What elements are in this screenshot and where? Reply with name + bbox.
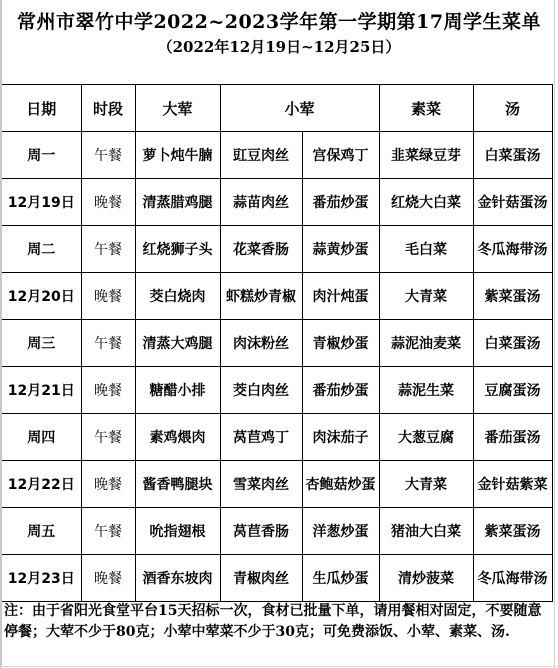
cell-date: 12月20日 [2,273,81,320]
cell-small-dish-2: 肉汁炖蛋 [302,273,379,320]
table-row: 12月22日晚餐酱香鸭腿块雪菜肉丝杏鲍菇炒蛋大青菜金针菇紫菜 [2,461,552,508]
cell-date: 12月19日 [2,179,81,226]
sheet-gridline-bottom [0,666,558,667]
cell-meal-slot: 午餐 [81,414,135,461]
header-date: 日期 [2,85,81,132]
cell-date: 周三 [2,320,81,367]
cell-soup: 冬瓜海带汤 [473,226,552,273]
cell-vegetable: 大青菜 [379,273,473,320]
cell-vegetable: 大青菜 [379,461,473,508]
cell-main-dish: 萝卜炖牛腩 [135,132,220,179]
cell-date: 周一 [2,132,81,179]
cell-main-dish: 素鸡煨肉 [135,414,220,461]
cell-small-dish-1: 豇豆肉丝 [220,132,302,179]
cell-date: 12月22日 [2,461,81,508]
cell-small-dish-1: 青椒肉丝 [220,555,302,602]
cell-small-dish-2: 番茄炒蛋 [302,179,379,226]
cell-main-dish: 吮指翅根 [135,508,220,555]
cell-meal-slot: 晚餐 [81,367,135,414]
cell-main-dish: 茭白烧肉 [135,273,220,320]
menu-table: 日期 时段 大荤 小荤 素菜 汤 周一午餐萝卜炖牛腩豇豆肉丝宫保鸡丁韭菜绿豆芽白… [2,84,553,602]
sheet-gridline-right [554,0,555,668]
table-row: 周二午餐红烧狮子头花菜香肠蒜黄炒蛋毛白菜冬瓜海带汤 [2,226,552,273]
cell-small-dish-2: 生瓜炒蛋 [302,555,379,602]
cell-small-dish-1: 莴苣鸡丁 [220,414,302,461]
cell-date: 周五 [2,508,81,555]
header-slot: 时段 [81,85,135,132]
cell-small-dish-1: 茭白肉丝 [220,367,302,414]
cell-small-dish-1: 蒜苗肉丝 [220,179,302,226]
cell-date: 12月21日 [2,367,81,414]
table-row: 周三午餐清蒸大鸡腿肉沫粉丝青椒炒蛋蒜泥油麦菜白菜蛋汤 [2,320,552,367]
table-row: 12月20日晚餐茭白烧肉虾糕炒青椒肉汁炖蛋大青菜紫菜蛋汤 [2,273,552,320]
cell-vegetable: 毛白菜 [379,226,473,273]
cell-small-dish-2: 洋葱炒蛋 [302,508,379,555]
header-row: 日期 时段 大荤 小荤 素菜 汤 [2,85,552,132]
cell-small-dish-2: 番茄炒蛋 [302,367,379,414]
cell-vegetable: 蒜泥生菜 [379,367,473,414]
table-row: 12月23日晚餐酒香东坡肉青椒肉丝生瓜炒蛋清炒菠菜冬瓜海带汤 [2,555,552,602]
cell-soup: 冬瓜海带汤 [473,555,552,602]
cell-small-dish-1: 莴苣香肠 [220,508,302,555]
cell-soup: 紫菜蛋汤 [473,273,552,320]
header-soup: 汤 [473,85,552,132]
cell-date: 周四 [2,414,81,461]
cell-main-dish: 清蒸大鸡腿 [135,320,220,367]
table-row: 周五午餐吮指翅根莴苣香肠洋葱炒蛋猪油大白菜紫菜蛋汤 [2,508,552,555]
cell-main-dish: 清蒸腊鸡腿 [135,179,220,226]
cell-meal-slot: 午餐 [81,320,135,367]
header-main-dish: 大荤 [135,85,220,132]
cell-small-dish-1: 肉沫粉丝 [220,320,302,367]
cell-soup: 金针菇蛋汤 [473,179,552,226]
cell-main-dish: 酱香鸭腿块 [135,461,220,508]
cell-small-dish-2: 宫保鸡丁 [302,132,379,179]
table-row: 周一午餐萝卜炖牛腩豇豆肉丝宫保鸡丁韭菜绿豆芽白菜蛋汤 [2,132,552,179]
cell-soup: 白菜蛋汤 [473,132,552,179]
cell-main-dish: 酒香东坡肉 [135,555,220,602]
cell-small-dish-2: 肉沫茄子 [302,414,379,461]
cell-meal-slot: 晚餐 [81,179,135,226]
cell-meal-slot: 晚餐 [81,273,135,320]
date-range-subtitle: （2022年12月19日~12月25日） [0,37,558,57]
cell-vegetable: 韭菜绿豆芽 [379,132,473,179]
cell-small-dish-1: 花菜香肠 [220,226,302,273]
table-row: 12月21日晚餐糖醋小排茭白肉丝番茄炒蛋蒜泥生菜豆腐蛋汤 [2,367,552,414]
notice-text: 注：由于省阳光食堂平台15天招标一次，食材已批量下单，请用餐相对固定，不要随意停… [4,601,552,643]
cell-meal-slot: 午餐 [81,132,135,179]
cell-soup: 紫菜蛋汤 [473,508,552,555]
cell-meal-slot: 午餐 [81,508,135,555]
cell-small-dish-2: 杏鲍菇炒蛋 [302,461,379,508]
cell-small-dish-2: 蒜黄炒蛋 [302,226,379,273]
header-small-dish: 小荤 [220,85,379,132]
table-row: 12月19日晚餐清蒸腊鸡腿蒜苗肉丝番茄炒蛋红烧大白菜金针菇蛋汤 [2,179,552,226]
cell-vegetable: 清炒菠菜 [379,555,473,602]
header-vegetable: 素菜 [379,85,473,132]
table-row: 周四午餐素鸡煨肉莴苣鸡丁肉沫茄子大葱豆腐番茄蛋汤 [2,414,552,461]
cell-meal-slot: 晚餐 [81,555,135,602]
cell-small-dish-1: 雪菜肉丝 [220,461,302,508]
cell-vegetable: 大葱豆腐 [379,414,473,461]
page-title: 常州市翠竹中学2022~2023学年第一学期第17周学生菜单 [0,10,558,34]
cell-meal-slot: 午餐 [81,226,135,273]
cell-meal-slot: 晚餐 [81,461,135,508]
cell-main-dish: 糖醋小排 [135,367,220,414]
cell-vegetable: 猪油大白菜 [379,508,473,555]
cell-soup: 白菜蛋汤 [473,320,552,367]
cell-soup: 金针菇紫菜 [473,461,552,508]
cell-small-dish-1: 虾糕炒青椒 [220,273,302,320]
cell-soup: 番茄蛋汤 [473,414,552,461]
cell-vegetable: 蒜泥油麦菜 [379,320,473,367]
cell-date: 周二 [2,226,81,273]
cell-vegetable: 红烧大白菜 [379,179,473,226]
cell-soup: 豆腐蛋汤 [473,367,552,414]
menu-body: 周一午餐萝卜炖牛腩豇豆肉丝宫保鸡丁韭菜绿豆芽白菜蛋汤12月19日晚餐清蒸腊鸡腿蒜… [2,132,552,602]
cell-small-dish-2: 青椒炒蛋 [302,320,379,367]
cell-date: 12月23日 [2,555,81,602]
cell-main-dish: 红烧狮子头 [135,226,220,273]
